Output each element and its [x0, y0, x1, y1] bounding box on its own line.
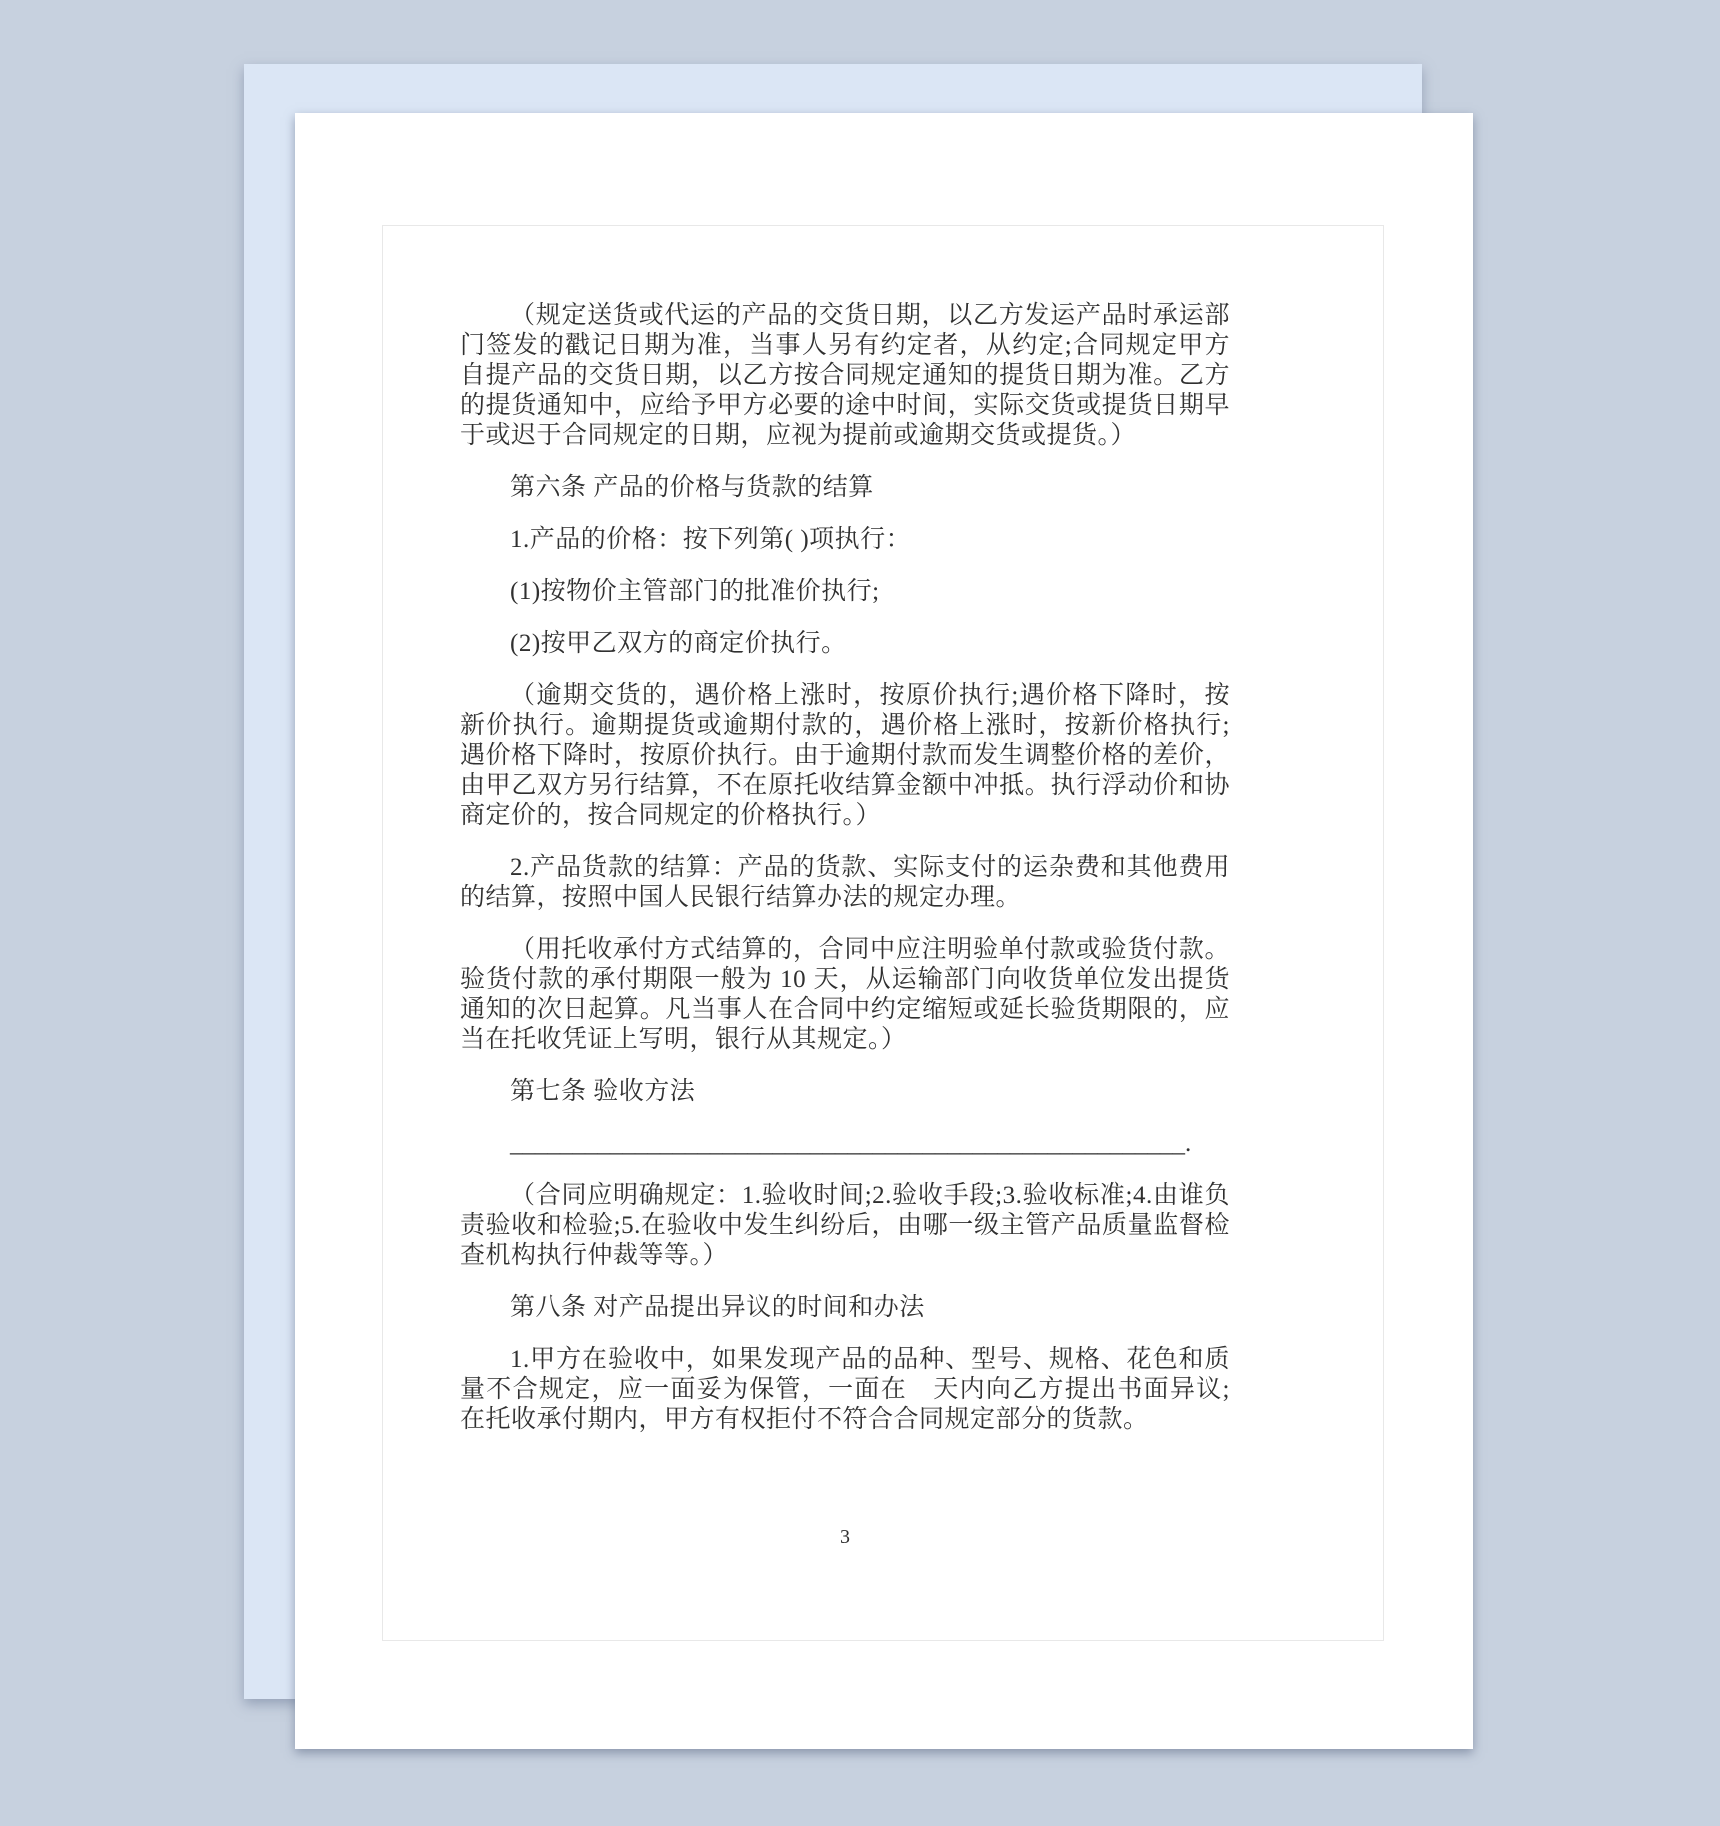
- paragraph-overdue-price-note: （逾期交货的，遇价格上涨时，按原价执行;遇价格下降时，按新价执行。逾期提货或逾期…: [460, 681, 1230, 831]
- text-body: （规定送货或代运的产品的交货日期，以乙方发运产品时承运部门签发的戳记日期为准，当…: [460, 301, 1230, 1457]
- paragraph-delivery-date-note: （规定送货或代运的产品的交货日期，以乙方发运产品时承运部门签发的戳记日期为准，当…: [460, 301, 1230, 451]
- clause-price-option-2: (2)按甲乙双方的商定价执行。: [460, 629, 1230, 659]
- article-8-heading: 第八条 对产品提出异议的时间和办法: [460, 1293, 1230, 1323]
- paragraph-collection-acceptance-note: （用托收承付方式结算的，合同中应注明验单付款或验货付款。验货付款的承付期限一般为…: [460, 935, 1230, 1055]
- page-number: 3: [460, 1525, 1230, 1549]
- paragraph-acceptance-note: （合同应明确规定：1.验收时间;2.验收手段;3.验收标准;4.由谁负责验收和检…: [460, 1181, 1230, 1271]
- clause-price-item: 1.产品的价格：按下列第( )项执行：: [460, 525, 1230, 555]
- clause-price-option-1: (1)按物价主管部门的批准价执行;: [460, 577, 1230, 607]
- clause-objection-terms: 1.甲方在验收中，如果发现产品的品种、型号、规格、花色和质量不合规定，应一面妥为…: [460, 1345, 1230, 1435]
- document-page: （规定送货或代运的产品的交货日期，以乙方发运产品时承运部门签发的戳记日期为准，当…: [295, 113, 1473, 1749]
- article-6-heading: 第六条 产品的价格与货款的结算: [460, 473, 1230, 503]
- blank-fill-line: ________________________________________…: [460, 1129, 1230, 1159]
- article-7-heading: 第七条 验收方法: [460, 1077, 1230, 1107]
- clause-payment-settlement: 2.产品货款的结算：产品的货款、实际支付的运杂费和其他费用的结算，按照中国人民银…: [460, 853, 1230, 913]
